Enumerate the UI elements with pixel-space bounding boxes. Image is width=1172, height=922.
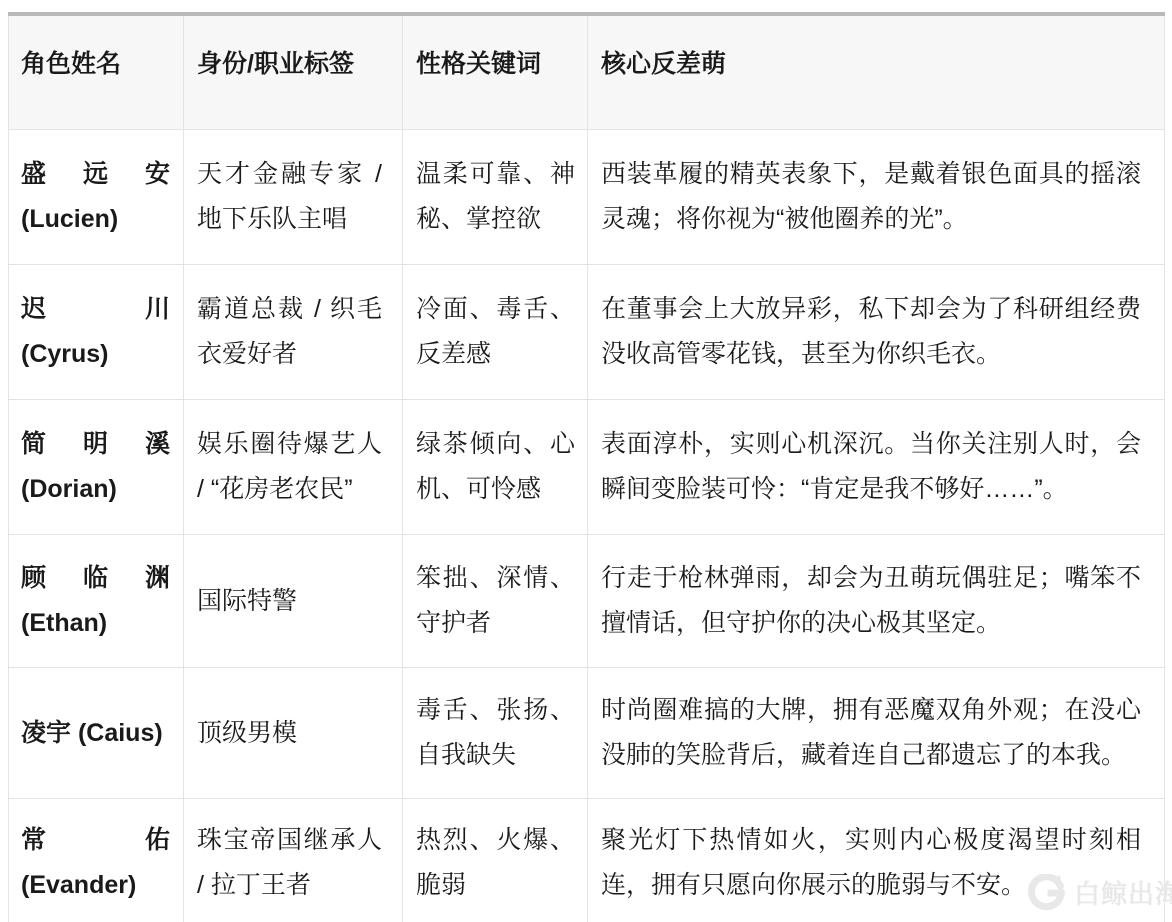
watermark-text: 白鲸出海: [1074, 874, 1172, 911]
name-en: (Ethan): [21, 601, 170, 646]
baijing-chuhai-watermark: 白鲸出海: [1028, 874, 1172, 911]
col-header-keywords: 性格关键词: [403, 14, 588, 130]
col-header-name: 角色姓名: [9, 14, 184, 130]
cell-keywords: 笨拙、深情、守护者: [403, 535, 588, 668]
cell-contrast: 行走于枪林弹雨，却会为丑萌玩偶驻足；嘴笨不擅情话，但守护你的决心极其坚定。: [588, 535, 1165, 668]
table-row: 凌宇 (Caius) 顶级男模 毒舌、张扬、自我缺失 时尚圈难搞的大牌，拥有恶魔…: [9, 668, 1165, 799]
table-row: 迟川 (Cyrus) 霸道总裁 / 织毛衣爱好者 冷面、毒舌、反差感 在董事会上…: [9, 265, 1165, 400]
table-row: 常佑 (Evander) 珠宝帝国继承人 / 拉丁王者 热烈、火爆、脆弱 聚光灯…: [9, 799, 1165, 922]
article-table-page: 角色姓名 身份/职业标签 性格关键词 核心反差萌 盛远安 (Lucien) 天才…: [0, 0, 1172, 922]
name-cn: 常佑: [21, 818, 170, 863]
name-cn: 顾临渊: [21, 556, 170, 601]
cell-identity: 顶级男模: [184, 668, 403, 799]
name-en: (Lucien): [21, 197, 170, 242]
cell-identity: 珠宝帝国继承人 / 拉丁王者: [184, 799, 403, 922]
cell-keywords: 热烈、火爆、脆弱: [403, 799, 588, 922]
col-header-identity: 身份/职业标签: [184, 14, 403, 130]
name-cn: 简明溪: [21, 422, 170, 467]
cell-name: 迟川 (Cyrus): [9, 265, 184, 400]
table-row: 盛远安 (Lucien) 天才金融专家 / 地下乐队主唱 温柔可靠、神秘、掌控欲…: [9, 130, 1165, 265]
cell-identity: 娱乐圈待爆艺人 / “花房老农民”: [184, 400, 403, 535]
name-cn: 迟川: [21, 287, 170, 332]
name-en: (Dorian): [21, 467, 170, 512]
cell-contrast: 在董事会上大放异彩，私下却会为了科研组经费没收高管零花钱，甚至为你织毛衣。: [588, 265, 1165, 400]
cell-keywords: 绿茶倾向、心机、可怜感: [403, 400, 588, 535]
cell-contrast: 时尚圈难搞的大牌，拥有恶魔双角外观；在没心没肺的笑脸背后，藏着连自己都遗忘了的本…: [588, 668, 1165, 799]
cell-name: 凌宇 (Caius): [9, 668, 184, 799]
cell-contrast: 西装革履的精英表象下，是戴着银色面具的摇滚灵魂；将你视为“被他圈养的光”。: [588, 130, 1165, 265]
name-en: (Evander): [21, 863, 170, 908]
cell-identity: 国际特警: [184, 535, 403, 668]
cell-contrast: 表面淳朴，实则心机深沉。当你关注别人时，会瞬间变脸装可怜：“肯定是我不够好……”…: [588, 400, 1165, 535]
table-row: 简明溪 (Dorian) 娱乐圈待爆艺人 / “花房老农民” 绿茶倾向、心机、可…: [9, 400, 1165, 535]
cell-identity: 霸道总裁 / 织毛衣爱好者: [184, 265, 403, 400]
table-row: 顾临渊 (Ethan) 国际特警 笨拙、深情、守护者 行走于枪林弹雨，却会为丑萌…: [9, 535, 1165, 668]
col-header-contrast: 核心反差萌: [588, 14, 1165, 130]
cell-name: 顾临渊 (Ethan): [9, 535, 184, 668]
cell-name: 盛远安 (Lucien): [9, 130, 184, 265]
cell-name: 常佑 (Evander): [9, 799, 184, 922]
cell-name: 简明溪 (Dorian): [9, 400, 184, 535]
name-en: (Cyrus): [21, 332, 170, 377]
cell-keywords: 毒舌、张扬、自我缺失: [403, 668, 588, 799]
cell-keywords: 温柔可靠、神秘、掌控欲: [403, 130, 588, 265]
name-cn: 凌宇 (Caius): [21, 711, 170, 756]
whale-logo-icon: [1028, 874, 1065, 911]
table-header-row: 角色姓名 身份/职业标签 性格关键词 核心反差萌: [9, 14, 1165, 130]
cell-identity: 天才金融专家 / 地下乐队主唱: [184, 130, 403, 265]
name-cn: 盛远安: [21, 152, 170, 197]
cell-keywords: 冷面、毒舌、反差感: [403, 265, 588, 400]
character-profile-table: 角色姓名 身份/职业标签 性格关键词 核心反差萌 盛远安 (Lucien) 天才…: [8, 12, 1165, 922]
